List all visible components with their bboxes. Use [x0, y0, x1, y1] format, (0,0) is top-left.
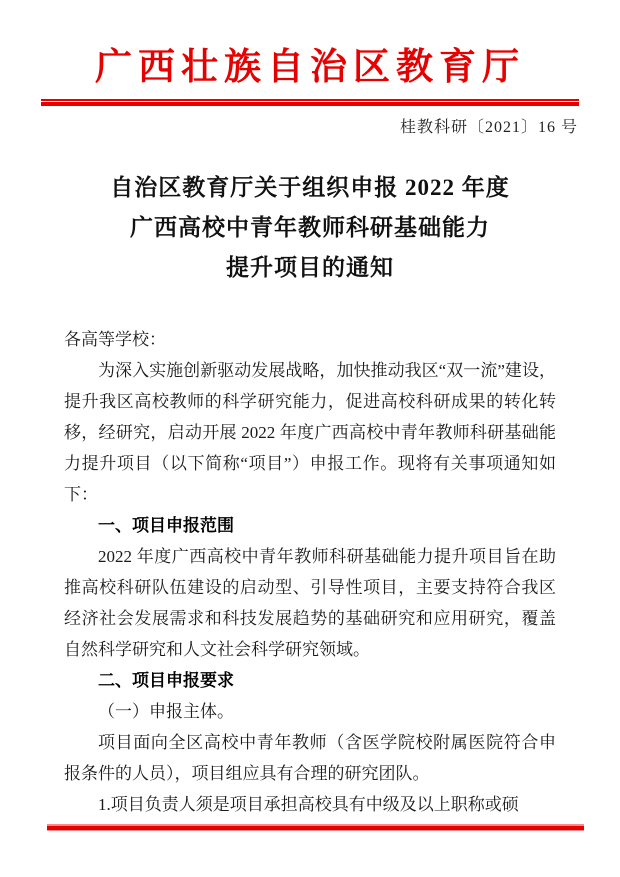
notice-title-line-2: 广西高校中青年教师科研基础能力 [0, 208, 620, 248]
paragraph-intro: 为深入实施创新驱动发展战略，加快推动我区“双一流”建设，提升我区高校教师的科学研… [64, 355, 556, 510]
notice-title-line-1: 自治区教育厅关于组织申报 2022 年度 [0, 168, 620, 208]
letterhead-org-title: 广西壮族自治区教育厅 [0, 46, 620, 90]
letterhead-red-rule [41, 99, 579, 102]
section-heading-1: 一、项目申报范围 [64, 510, 556, 541]
paragraph-scope: 2022 年度广西高校中青年教师科研基础能力提升项目旨在助推高校科研队伍建设的启… [64, 541, 556, 665]
notice-body: 各高等学校： 为深入实施创新驱动发展战略，加快推动我区“双一流”建设，提升我区高… [64, 324, 556, 820]
document-page: 广西壮族自治区教育厅 桂教科研〔2021〕16 号 自治区教育厅关于组织申报 2… [0, 0, 620, 877]
paragraph-eligibility: 项目面向全区高校中青年教师（含医学院校附属医院符合申报条件的人员），项目组应具有… [64, 727, 556, 789]
salutation: 各高等学校： [64, 324, 556, 355]
footer-red-rule [47, 824, 584, 831]
paragraph-item-1: 1.项目负责人须是项目承担高校具有中级及以上职称或硕 [64, 789, 556, 820]
notice-title: 自治区教育厅关于组织申报 2022 年度 广西高校中青年教师科研基础能力 提升项… [0, 168, 620, 288]
section-heading-2: 二、项目申报要求 [64, 665, 556, 696]
subsection-heading: （一）申报主体。 [64, 696, 556, 727]
document-number: 桂教科研〔2021〕16 号 [0, 114, 578, 137]
notice-title-line-3: 提升项目的通知 [0, 248, 620, 288]
